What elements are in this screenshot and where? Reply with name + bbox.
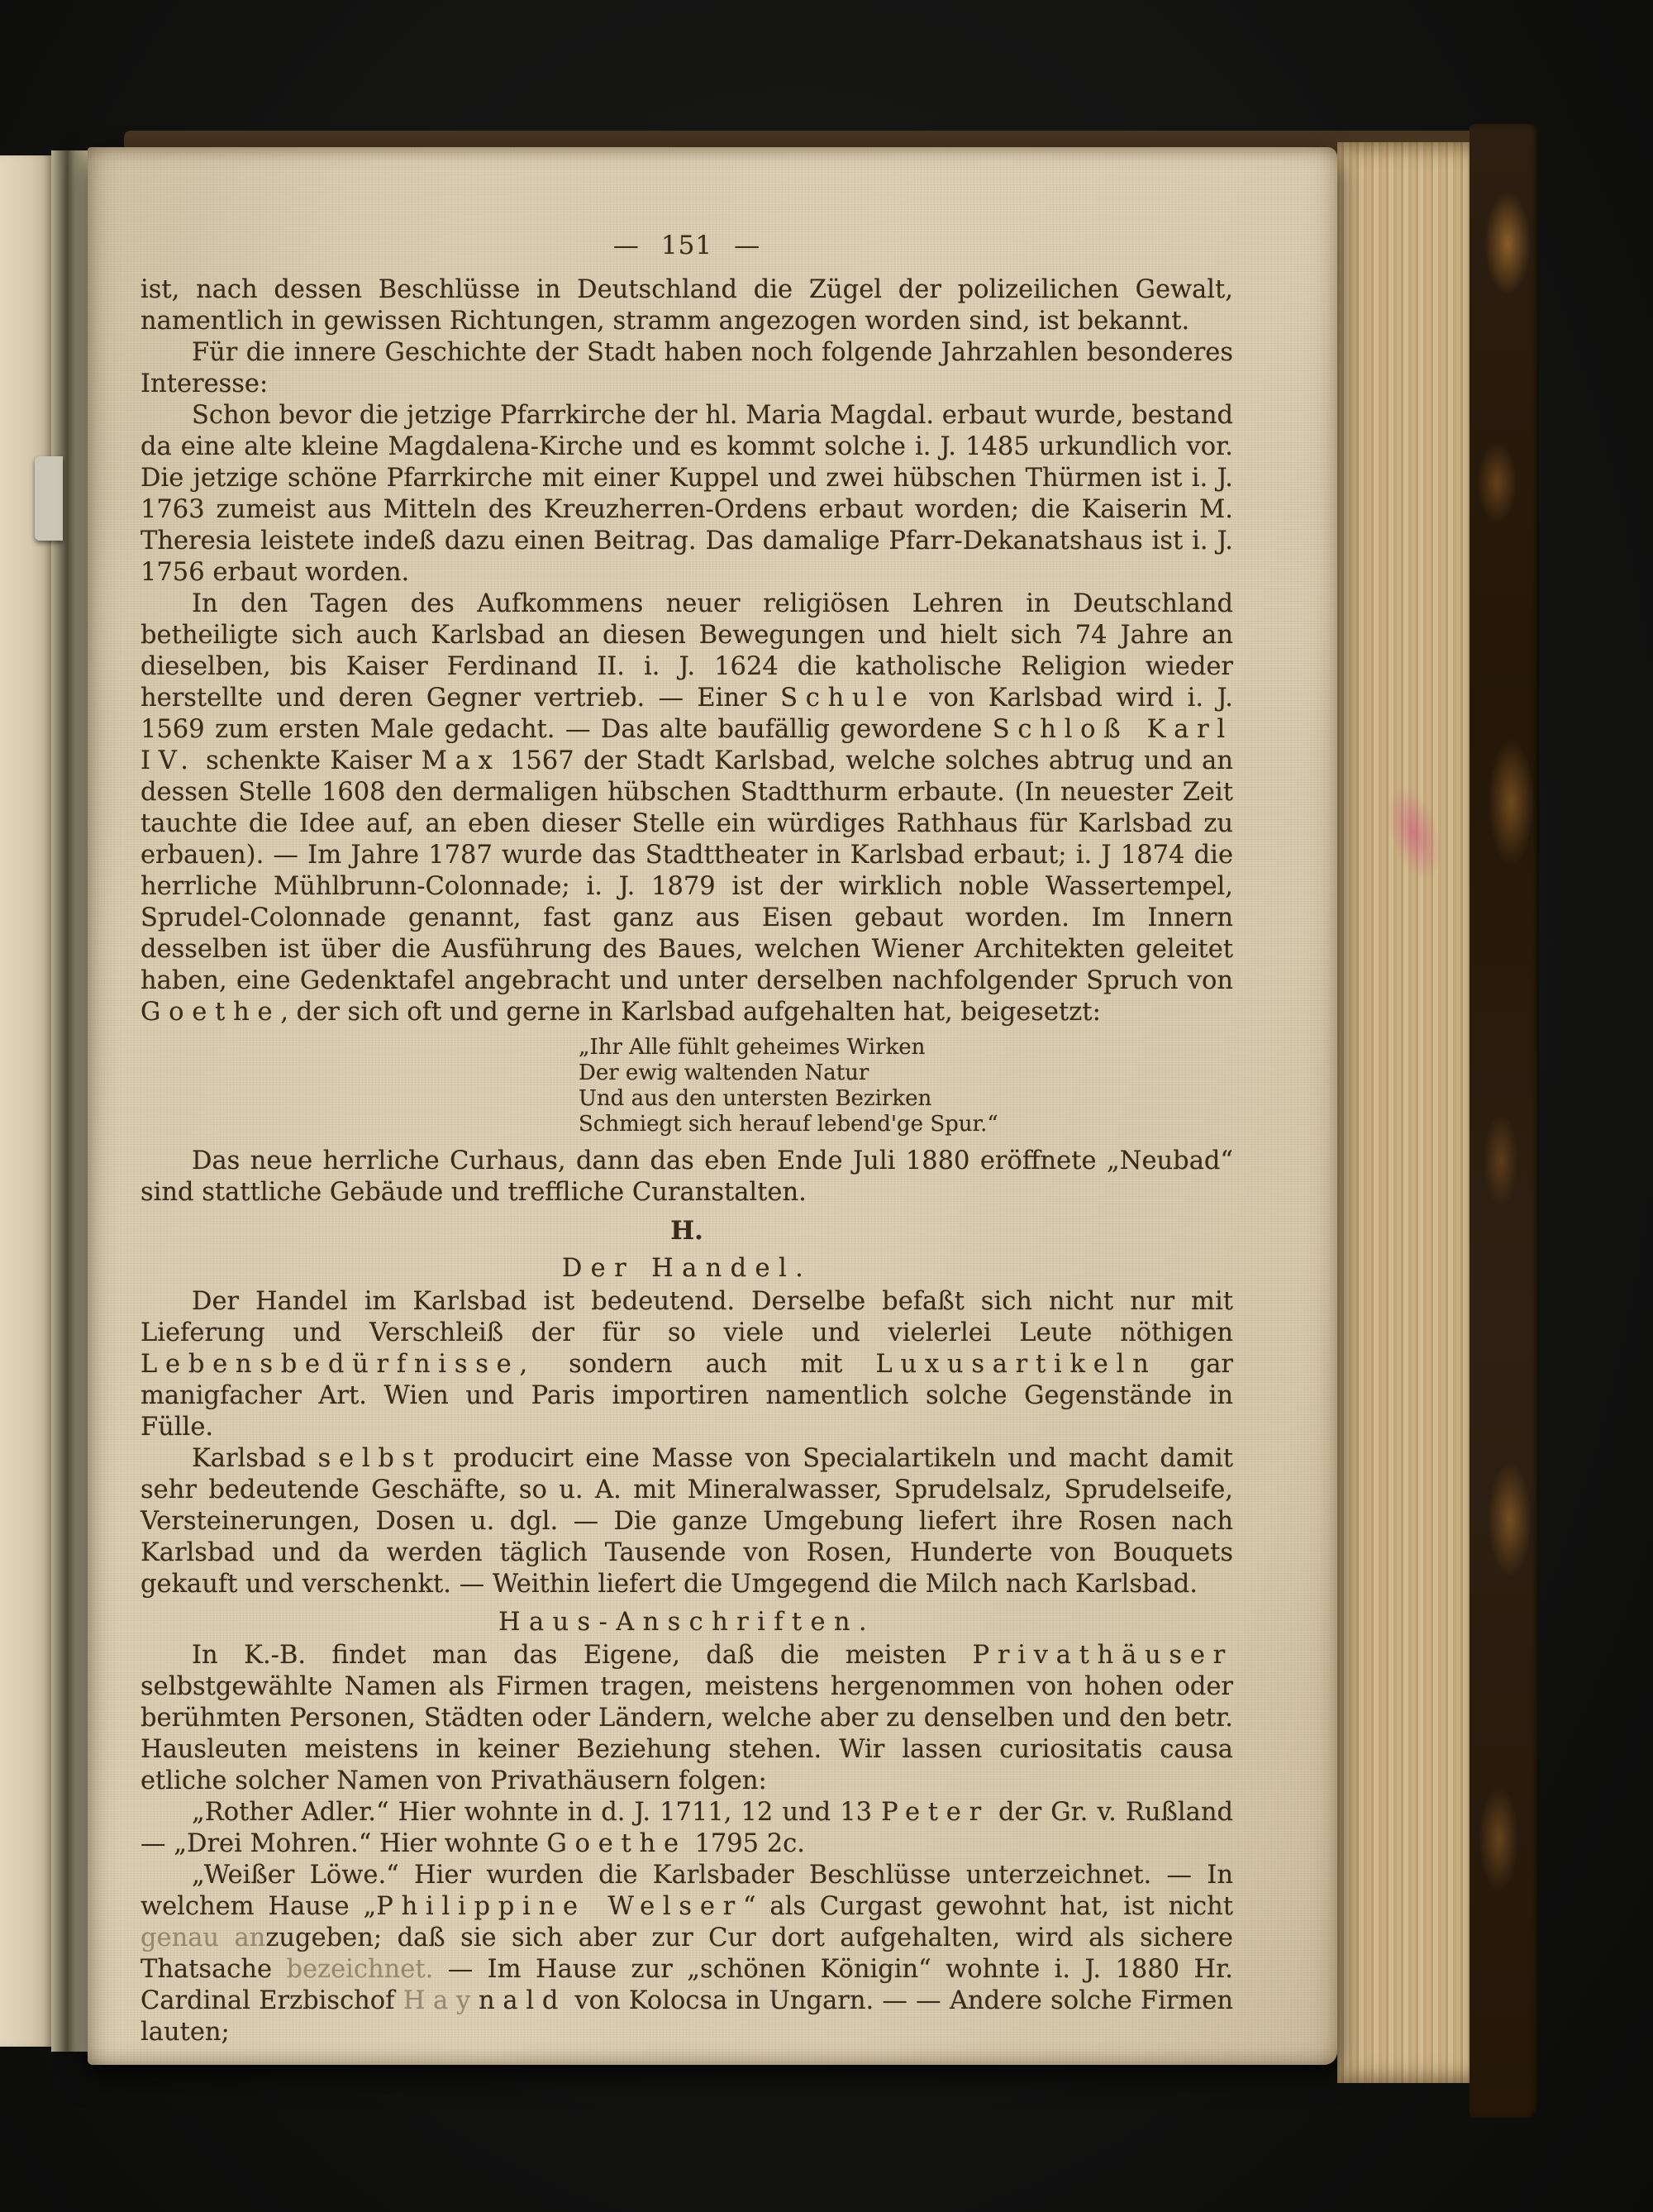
page-number: —151—: [141, 230, 1233, 261]
paragraph: In den Tagen des Aufkommens neuer religi…: [141, 589, 1233, 1028]
poem-line: Schmiegt sich herauf lebend'ge Spur.“: [579, 1112, 1233, 1137]
paragraph: Für die innere Geschichte der Stadt habe…: [141, 337, 1233, 400]
paragraph: In K.-B. findet man das Eigene, daß die …: [141, 1640, 1233, 1797]
section-heading: Haus-Anschriften.: [141, 1607, 1233, 1638]
paragraph: „Rother Adler.“ Hier wohnte in d. J. 171…: [141, 1797, 1233, 1860]
text-column: —151— ist, nach dessen Beschlüsse in Deu…: [141, 230, 1233, 2048]
poem-line: „Ihr Alle fühlt geheimes Wirken: [579, 1035, 1233, 1061]
paragraph: Der Handel im Karlsbad ist bedeutend. De…: [141, 1286, 1233, 1443]
book-gutter: [51, 150, 89, 2052]
section-heading: H.: [141, 1215, 1233, 1247]
page-edge-tab: [35, 456, 63, 541]
poem-line: Der ewig waltenden Natur: [579, 1061, 1233, 1086]
folio-dash-right: —: [734, 231, 760, 260]
book-page: —151— ist, nach dessen Beschlüsse in Deu…: [88, 147, 1337, 2065]
folio-number: 151: [661, 231, 712, 260]
folio-dash-left: —: [613, 231, 640, 260]
facing-page-sliver: [0, 155, 51, 2047]
page-fore-edge-stack: [1337, 142, 1470, 2083]
page-body-text: ist, nach dessen Beschlüsse in Deutschla…: [141, 274, 1233, 2048]
section-heading: Der Handel.: [141, 1253, 1233, 1285]
book-cover-right-edge: [1470, 124, 1539, 2118]
paragraph: ist, nach dessen Beschlüsse in Deutschla…: [141, 274, 1233, 337]
paragraph: „Weißer Löwe.“ Hier wurden die Karlsbade…: [141, 1860, 1233, 2048]
poem-line: Und aus den untersten Bezirken: [579, 1086, 1233, 1112]
paragraph: Das neue herrliche Curhaus, dann das ebe…: [141, 1146, 1233, 1208]
paragraph: Schon bevor die jetzige Pfarrkirche der …: [141, 400, 1233, 589]
goethe-poem: „Ihr Alle fühlt geheimes WirkenDer ewig …: [579, 1035, 1233, 1137]
paragraph: Karlsbad selbst producirt eine Masse von…: [141, 1443, 1233, 1600]
